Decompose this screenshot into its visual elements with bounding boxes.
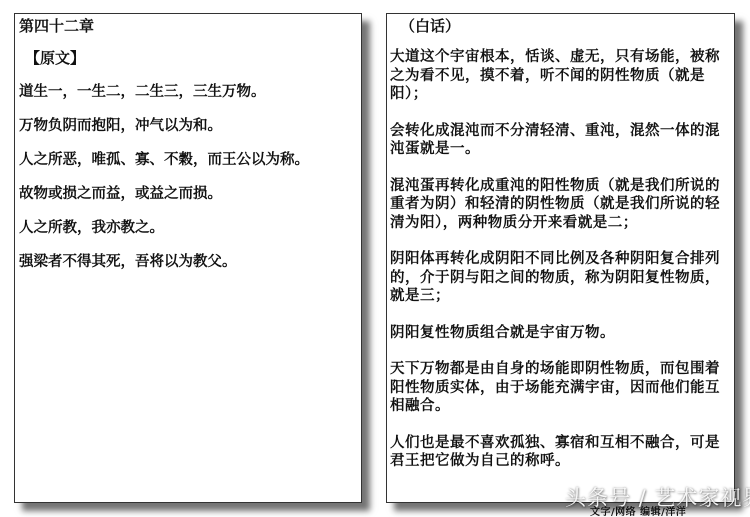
verse-line: 人之所教，我亦教之。 <box>19 218 361 238</box>
vernacular-label: （白话） <box>400 16 730 36</box>
watermark: 头条号 / 艺术家视界 <box>565 482 750 512</box>
verse-line: 万物负阴而抱阳，冲气以为和。 <box>19 116 361 136</box>
original-text-label: 【原文】 <box>25 48 361 68</box>
translation-paragraph: 人们也是最不喜欢孤独、寡宿和互相不融合，可是君王把它做为自己的称呼。 <box>390 434 730 471</box>
chapter-title: 第四十二章 <box>19 16 361 36</box>
translation-paragraph: 会转化成混沌而不分清轻清、重沌，混然一体的混沌蛋就是一。 <box>390 122 730 159</box>
translation-paragraph: 大道这个宇宙根本，恬谈、虚无，只有场能，被称之为看不见，摸不着，听不闻的阴性物质… <box>390 48 730 104</box>
verse-line: 故物或损之而益，或益之而损。 <box>19 184 361 204</box>
vernacular-translation-page: （白话） 大道这个宇宙根本，恬谈、虚无，只有场能，被称之为看不见，摸不着，听不闻… <box>386 13 735 503</box>
original-text-page: 第四十二章 【原文】 道生一，一生二，二生三，三生万物。 万物负阴而抱阳，冲气以… <box>14 13 362 503</box>
verse-line: 人之所恶，唯孤、寡、不穀，而王公以为称。 <box>19 150 361 170</box>
translation-paragraph: 阴阳体再转化成阴阳不同比例及各种阴阳复合排列的，介于阴与阳之间的物质，称为阴阳复… <box>390 250 730 306</box>
verse-line: 道生一，一生二，二生三，三生万物。 <box>19 82 361 102</box>
translation-paragraph: 阴阳复性物质组合就是宇宙万物。 <box>390 324 730 343</box>
translation-paragraph: 混沌蛋再转化成重沌的阳性物质（就是我们所说的重者为阴）和轻清的阴性物质（就是我们… <box>390 177 730 233</box>
verse-line: 强梁者不得其死，吾将以为教父。 <box>19 252 361 272</box>
translation-paragraph: 天下万物都是由自身的场能即阴性物质，而包围着阳性物质实体，由于场能充满宇宙，因而… <box>390 360 730 416</box>
